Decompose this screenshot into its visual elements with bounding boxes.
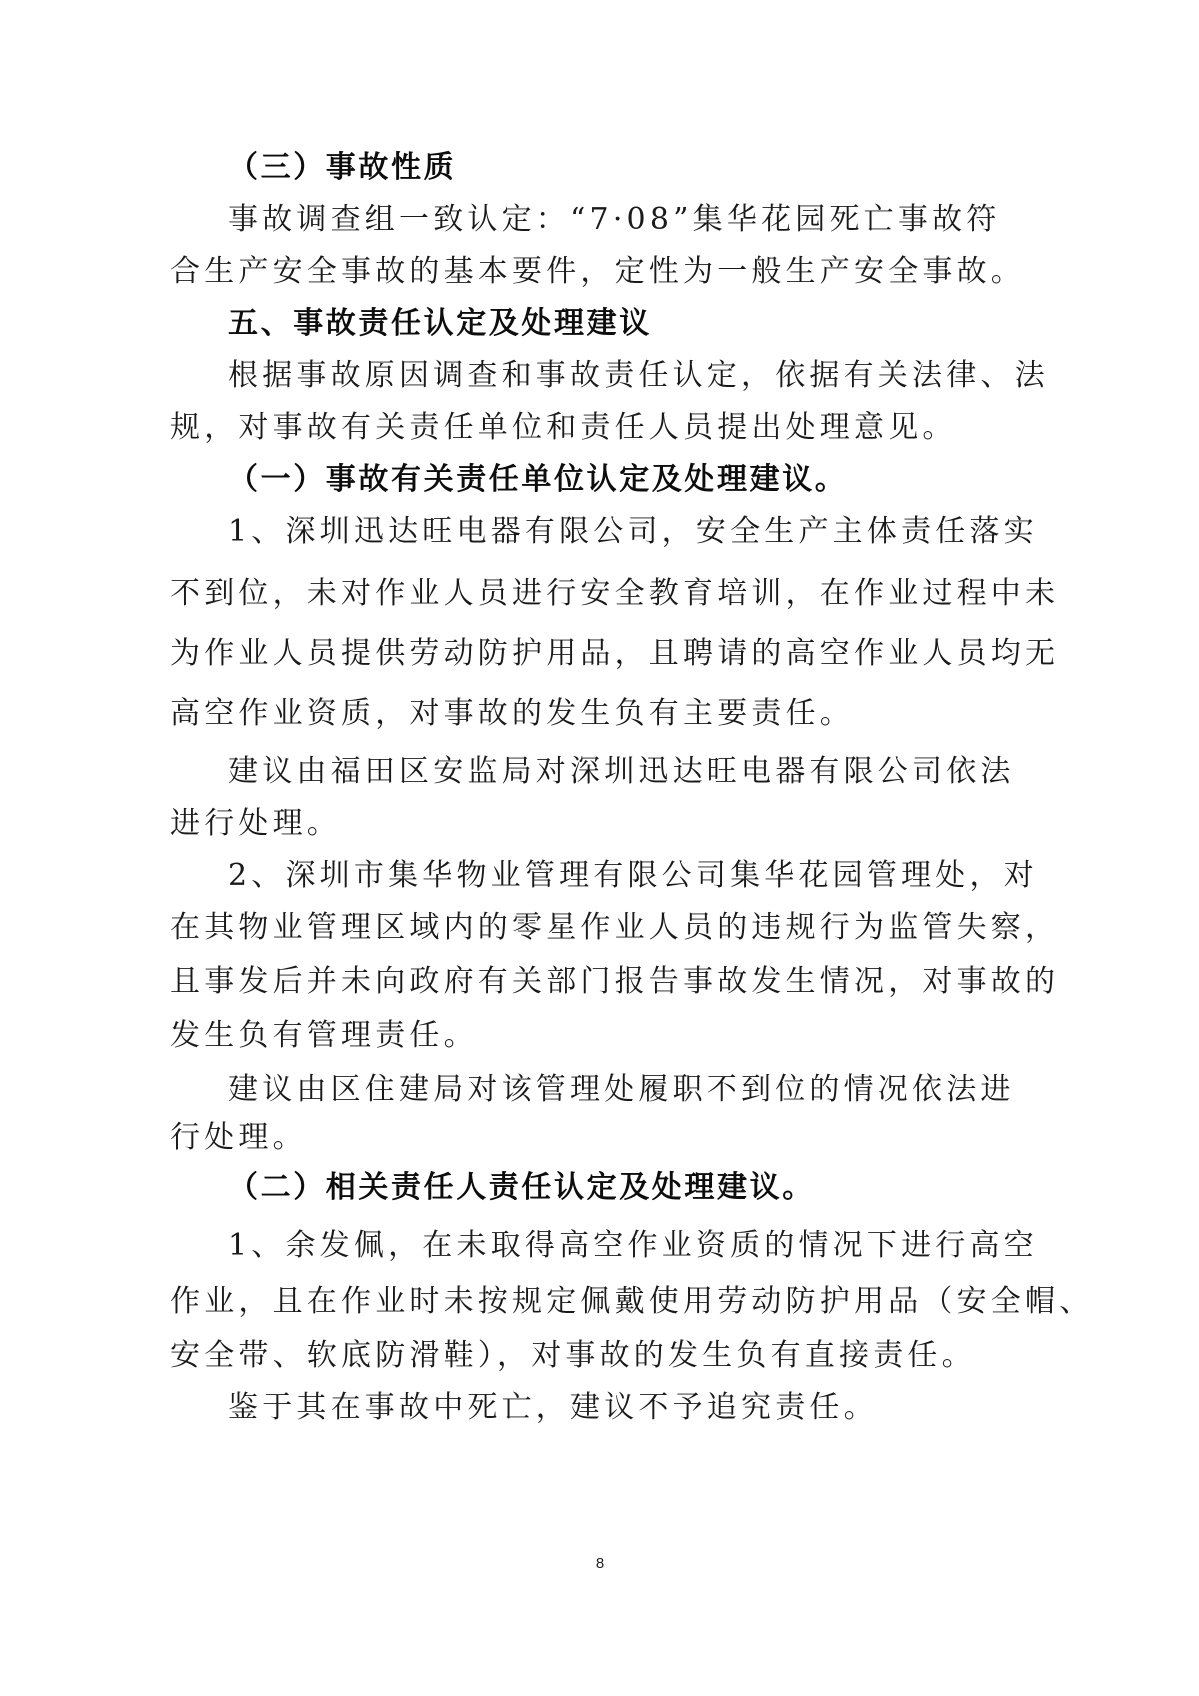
paragraph-line: 建议由福田区安监局对深圳迅达旺电器有限公司依法 [228,752,1015,792]
paragraph-line: 鉴于其在事故中死亡，建议不予追究责任。 [228,1388,878,1428]
paragraph-line: 行处理。 [170,1118,307,1158]
section-heading-accident-nature: （三）事故性质 [228,148,456,188]
page-number: 8 [590,1555,610,1573]
paragraph-line: 且事发后并未向政府有关部门报告事故发生情况，对事故的 [170,962,1059,1002]
subsection-heading-persons: （二）相关责任人责任认定及处理建议。 [228,1168,815,1208]
paragraph-line: 不到位，未对作业人员进行安全教育培训，在作业过程中未 [170,574,1059,614]
paragraph-line: 建议由区住建局对该管理处履职不到位的情况依法进 [228,1070,1015,1110]
subsection-heading-units: （一）事故有关责任单位认定及处理建议。 [228,460,847,500]
paragraph-line: 2、深圳市集华物业管理有限公司集华花园管理处，对 [228,856,1038,896]
paragraph-line: 发生负有管理责任。 [170,1016,478,1056]
paragraph-line: 1、余发佩，在未取得高空作业资质的情况下进行高空 [228,1226,1038,1266]
paragraph-line: 根据事故原因调查和事故责任认定，依据有关法律、法 [228,356,1049,396]
paragraph-line: 高空作业资质，对事故的发生负有主要责任。 [170,694,854,734]
paragraph-line: 安全带、软底防滑鞋），对事故的发生负有直接责任。 [170,1336,976,1376]
paragraph-line: 作业，且在作业时未按规定佩戴使用劳动防护用品（安全帽、 [170,1282,1093,1322]
document-page: （三）事故性质 事故调查组一致认定：“7·08”集华花园死亡事故符 合生产安全事… [0,0,1199,1696]
paragraph-line: 在其物业管理区域内的零星作业人员的违规行为监管失察， [170,908,1059,948]
paragraph-line: 规，对事故有关责任单位和责任人员提出处理意见。 [170,408,957,448]
paragraph-line: 1、深圳迅达旺电器有限公司，安全生产主体责任落实 [228,512,1038,552]
paragraph-line: 合生产安全事故的基本要件，定性为一般生产安全事故。 [170,252,1025,292]
chapter-heading-responsibility: 五、事故责任认定及处理建议 [228,304,652,344]
paragraph-line: 为作业人员提供劳动防护用品，且聘请的高空作业人员均无 [170,634,1059,674]
paragraph-line: 事故调查组一致认定：“7·08”集华花园死亡事故符 [228,200,1000,240]
paragraph-line: 进行处理。 [170,804,341,844]
